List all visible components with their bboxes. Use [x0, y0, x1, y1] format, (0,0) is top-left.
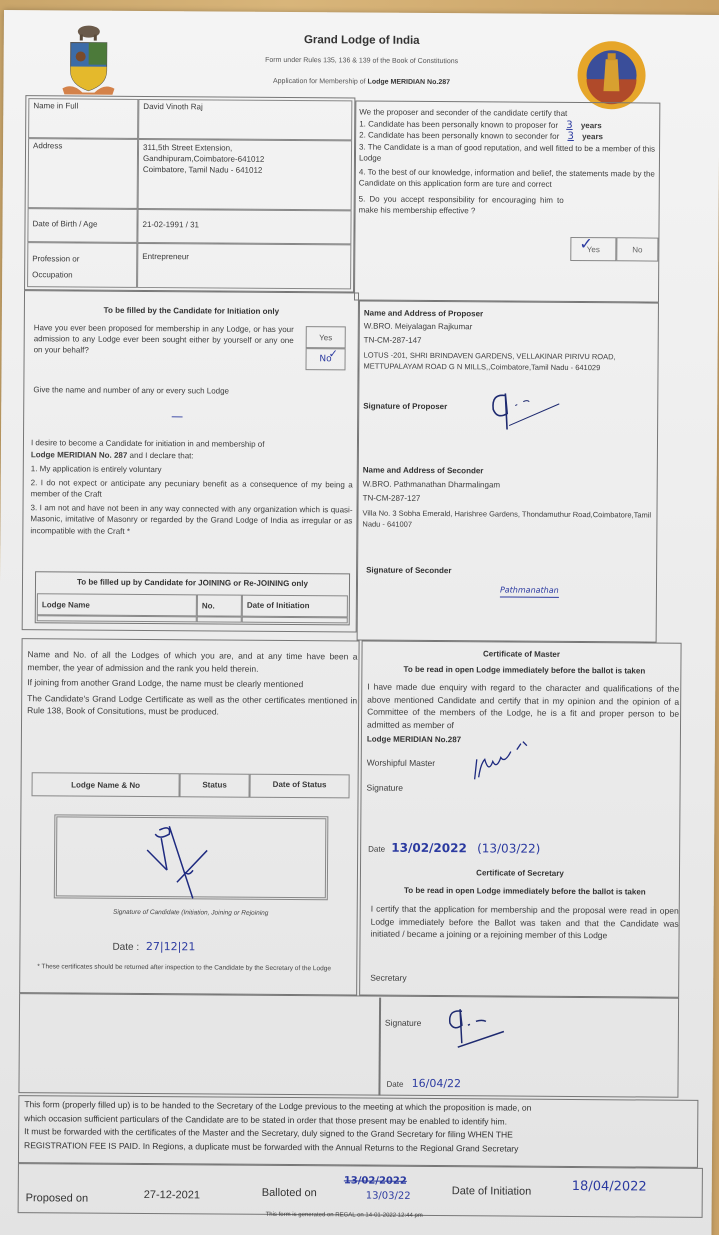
- certify-item-3: 3. The Candidate is a man of good reputa…: [359, 141, 655, 166]
- worshipful-master-label: Worshipful Master: [367, 758, 435, 769]
- name-label: Name in Full: [28, 98, 138, 139]
- history-col-date: Date of Status: [250, 774, 350, 799]
- responsibility-no-checkbox[interactable]: No: [616, 237, 658, 261]
- lodge-history-p1: Name and No. of all the Lodges of which …: [27, 648, 357, 675]
- history-col-lodge: Lodge Name & No: [32, 772, 180, 797]
- profession-value: Entrepreneur: [137, 243, 351, 289]
- seconder-heading: Name and Address of Seconder: [363, 465, 653, 479]
- profession-label: Profession or Occupation: [27, 242, 137, 288]
- address-value: 311,5th Street Extension, Gandhipuram,Co…: [138, 139, 352, 210]
- joining-row-empty[interactable]: [37, 615, 197, 622]
- item2-text: 2. Candidate has been personally known t…: [359, 130, 559, 140]
- application-prefix: Application for Membership of: [273, 78, 368, 86]
- initiation-question: Have you ever been proposed for membersh…: [34, 322, 294, 357]
- proposed-no-checkbox[interactable]: No ✓: [305, 348, 345, 370]
- seconder-years-value: 3: [561, 131, 579, 142]
- lodge-history-p2: If joining from another Grand Lodge, the…: [27, 676, 357, 691]
- generated-note: This form is generated on REGAL on 14-01…: [266, 1212, 423, 1219]
- secretary-signature-box: [18, 993, 679, 1098]
- responsibility-no-label: No: [632, 245, 642, 254]
- master-date-value: 13/02/2022: [391, 841, 467, 856]
- proposed-on-label: Proposed on: [26, 1192, 88, 1204]
- proposer-name: W.BRO. Meiyalagan Rajkumar: [364, 321, 654, 335]
- certify-text: We the proposer and seconder of the cand…: [359, 106, 656, 218]
- proposed-yes-checkbox[interactable]: Yes: [306, 326, 346, 348]
- master-signature-label: Signature: [367, 783, 403, 794]
- item1-text: 1. Candidate has been personally known t…: [359, 119, 558, 129]
- declaration-2: 2. I do not expect or anticipate any pec…: [31, 477, 353, 502]
- lodge-history-p3: The Candidate's Grand Lodge Certificate …: [27, 692, 357, 719]
- joining-col-no: No.: [197, 594, 242, 616]
- application-lodge: Lodge MERIDIAN No.287: [368, 79, 450, 87]
- declaration-3: 3. I am not and have not been in any way…: [30, 502, 352, 539]
- date-of-initiation-label: Date of Initiation: [452, 1185, 532, 1198]
- give-lodge-name-label: Give the name and number of any or every…: [33, 384, 229, 396]
- secretary-signature-icon: [442, 1003, 512, 1053]
- seconder-block: Name and Address of Seconder W.BRO. Path…: [362, 465, 652, 532]
- checkmark-icon: ✓: [579, 234, 593, 253]
- secretary-date: Date 16/04/22: [386, 1078, 461, 1091]
- joining-row-empty[interactable]: [242, 617, 348, 624]
- candidate-signature-box[interactable]: [54, 814, 329, 900]
- desire-line-2: Lodge MERIDIAN No. 287 and I declare tha…: [31, 449, 353, 463]
- master-date-label: Date: [368, 845, 385, 854]
- joining-row-empty[interactable]: [197, 616, 242, 622]
- candidate-date: Date : 27|12|21: [112, 941, 195, 954]
- proposer-years-value: 3: [560, 119, 578, 130]
- master-signature-icon: [469, 733, 539, 783]
- seconder-name: W.BRO. Pathmanathan Dharmalingam: [363, 479, 653, 493]
- joining-col-lodge-name: Lodge Name: [37, 593, 197, 616]
- balloted-on-label: Balloted on: [262, 1187, 317, 1199]
- seconder-signature: Pathmanathan: [500, 585, 559, 597]
- candidate-signature-icon: [137, 820, 228, 901]
- joining-col-date: Date of Initiation: [242, 595, 348, 618]
- desire-lodge: Lodge MERIDIAN No. 287: [31, 450, 128, 460]
- certify-item-4: 4. To the best of our knowledge, informa…: [359, 166, 655, 191]
- years-label: years: [582, 132, 603, 141]
- footer-instructions: This form (properly filled up) is to be …: [24, 1098, 696, 1157]
- secretary-cert-body: I certify that the application for membe…: [371, 903, 679, 943]
- dob-value: 21-02-1991 / 31: [137, 209, 351, 244]
- proposed-yes-label: Yes: [319, 333, 332, 342]
- seconder-signature-label: Signature of Seconder: [366, 566, 451, 576]
- name-value: David Vinoth Raj: [138, 99, 352, 140]
- application-form: Grand Lodge of India Form under Rules 13…: [0, 10, 719, 1235]
- master-cert-body: I have made due enquiry with regard to t…: [367, 681, 679, 733]
- profession-label-1: Profession or: [32, 251, 132, 268]
- regional-grand-lodge-seal-icon: [575, 39, 648, 112]
- certify-item-5: 5. Do you accept responsibility for enco…: [359, 193, 564, 217]
- balloted-on-struck-value: 13/02/2022: [344, 1175, 407, 1186]
- secretary-date-label: Date: [386, 1080, 403, 1089]
- desire-suffix: and I declare that:: [127, 450, 193, 459]
- proposer-signature-label: Signature of Proposer: [363, 402, 447, 412]
- proposer-id: TN-CM-287-147: [364, 335, 654, 349]
- secretary-label: Secretary: [370, 973, 406, 984]
- proposer-address: LOTUS -201, SHRI BRINDAVEN GARDENS, VELL…: [363, 350, 653, 374]
- address-line-3: Coimbatore, Tamil Nadu - 641012: [143, 164, 347, 176]
- seconder-id: TN-CM-287-127: [363, 493, 653, 507]
- master-cert-lodge: Lodge MERIDIAN No.287: [367, 735, 461, 745]
- balloted-on-value: 13/03/22: [366, 1191, 411, 1202]
- profession-label-2: Occupation: [32, 267, 132, 284]
- years-label: years: [581, 121, 602, 130]
- master-date: Date 13/02/2022 (13/03/22): [368, 843, 540, 856]
- responsibility-yes-checkbox[interactable]: Yes ✓: [570, 237, 616, 261]
- candidate-date-value: 27|12|21: [146, 940, 195, 953]
- checkmark-icon: ✓: [329, 347, 338, 360]
- give-lodge-name-value: —: [171, 409, 183, 423]
- secretary-signature-label: Signature: [385, 1018, 421, 1029]
- lodge-history-text: Name and No. of all the Lodges of which …: [27, 648, 357, 719]
- declaration-1: 1. My application is entirely voluntary: [31, 463, 353, 477]
- proposer-heading: Name and Address of Proposer: [364, 308, 654, 322]
- date-of-initiation-value: 18/04/2022: [572, 1179, 647, 1195]
- seconder-address: Villa No. 3 Sobha Emerald, Harishree Gar…: [362, 508, 652, 532]
- master-date-correction: (13/03/22): [477, 841, 540, 855]
- proposer-signature-icon: [487, 385, 562, 431]
- proposed-on-value: 27-12-2021: [144, 1189, 200, 1201]
- proposer-block: Name and Address of Proposer W.BRO. Meiy…: [363, 308, 653, 374]
- history-col-status: Status: [180, 773, 250, 797]
- candidate-date-label: Date :: [112, 942, 139, 953]
- dob-label: Date of Birth / Age: [27, 208, 137, 243]
- declaration-text: I desire to become a Candidate for initi…: [30, 437, 353, 538]
- secretary-date-value: 16/04/22: [412, 1077, 461, 1090]
- address-label: Address: [28, 138, 138, 209]
